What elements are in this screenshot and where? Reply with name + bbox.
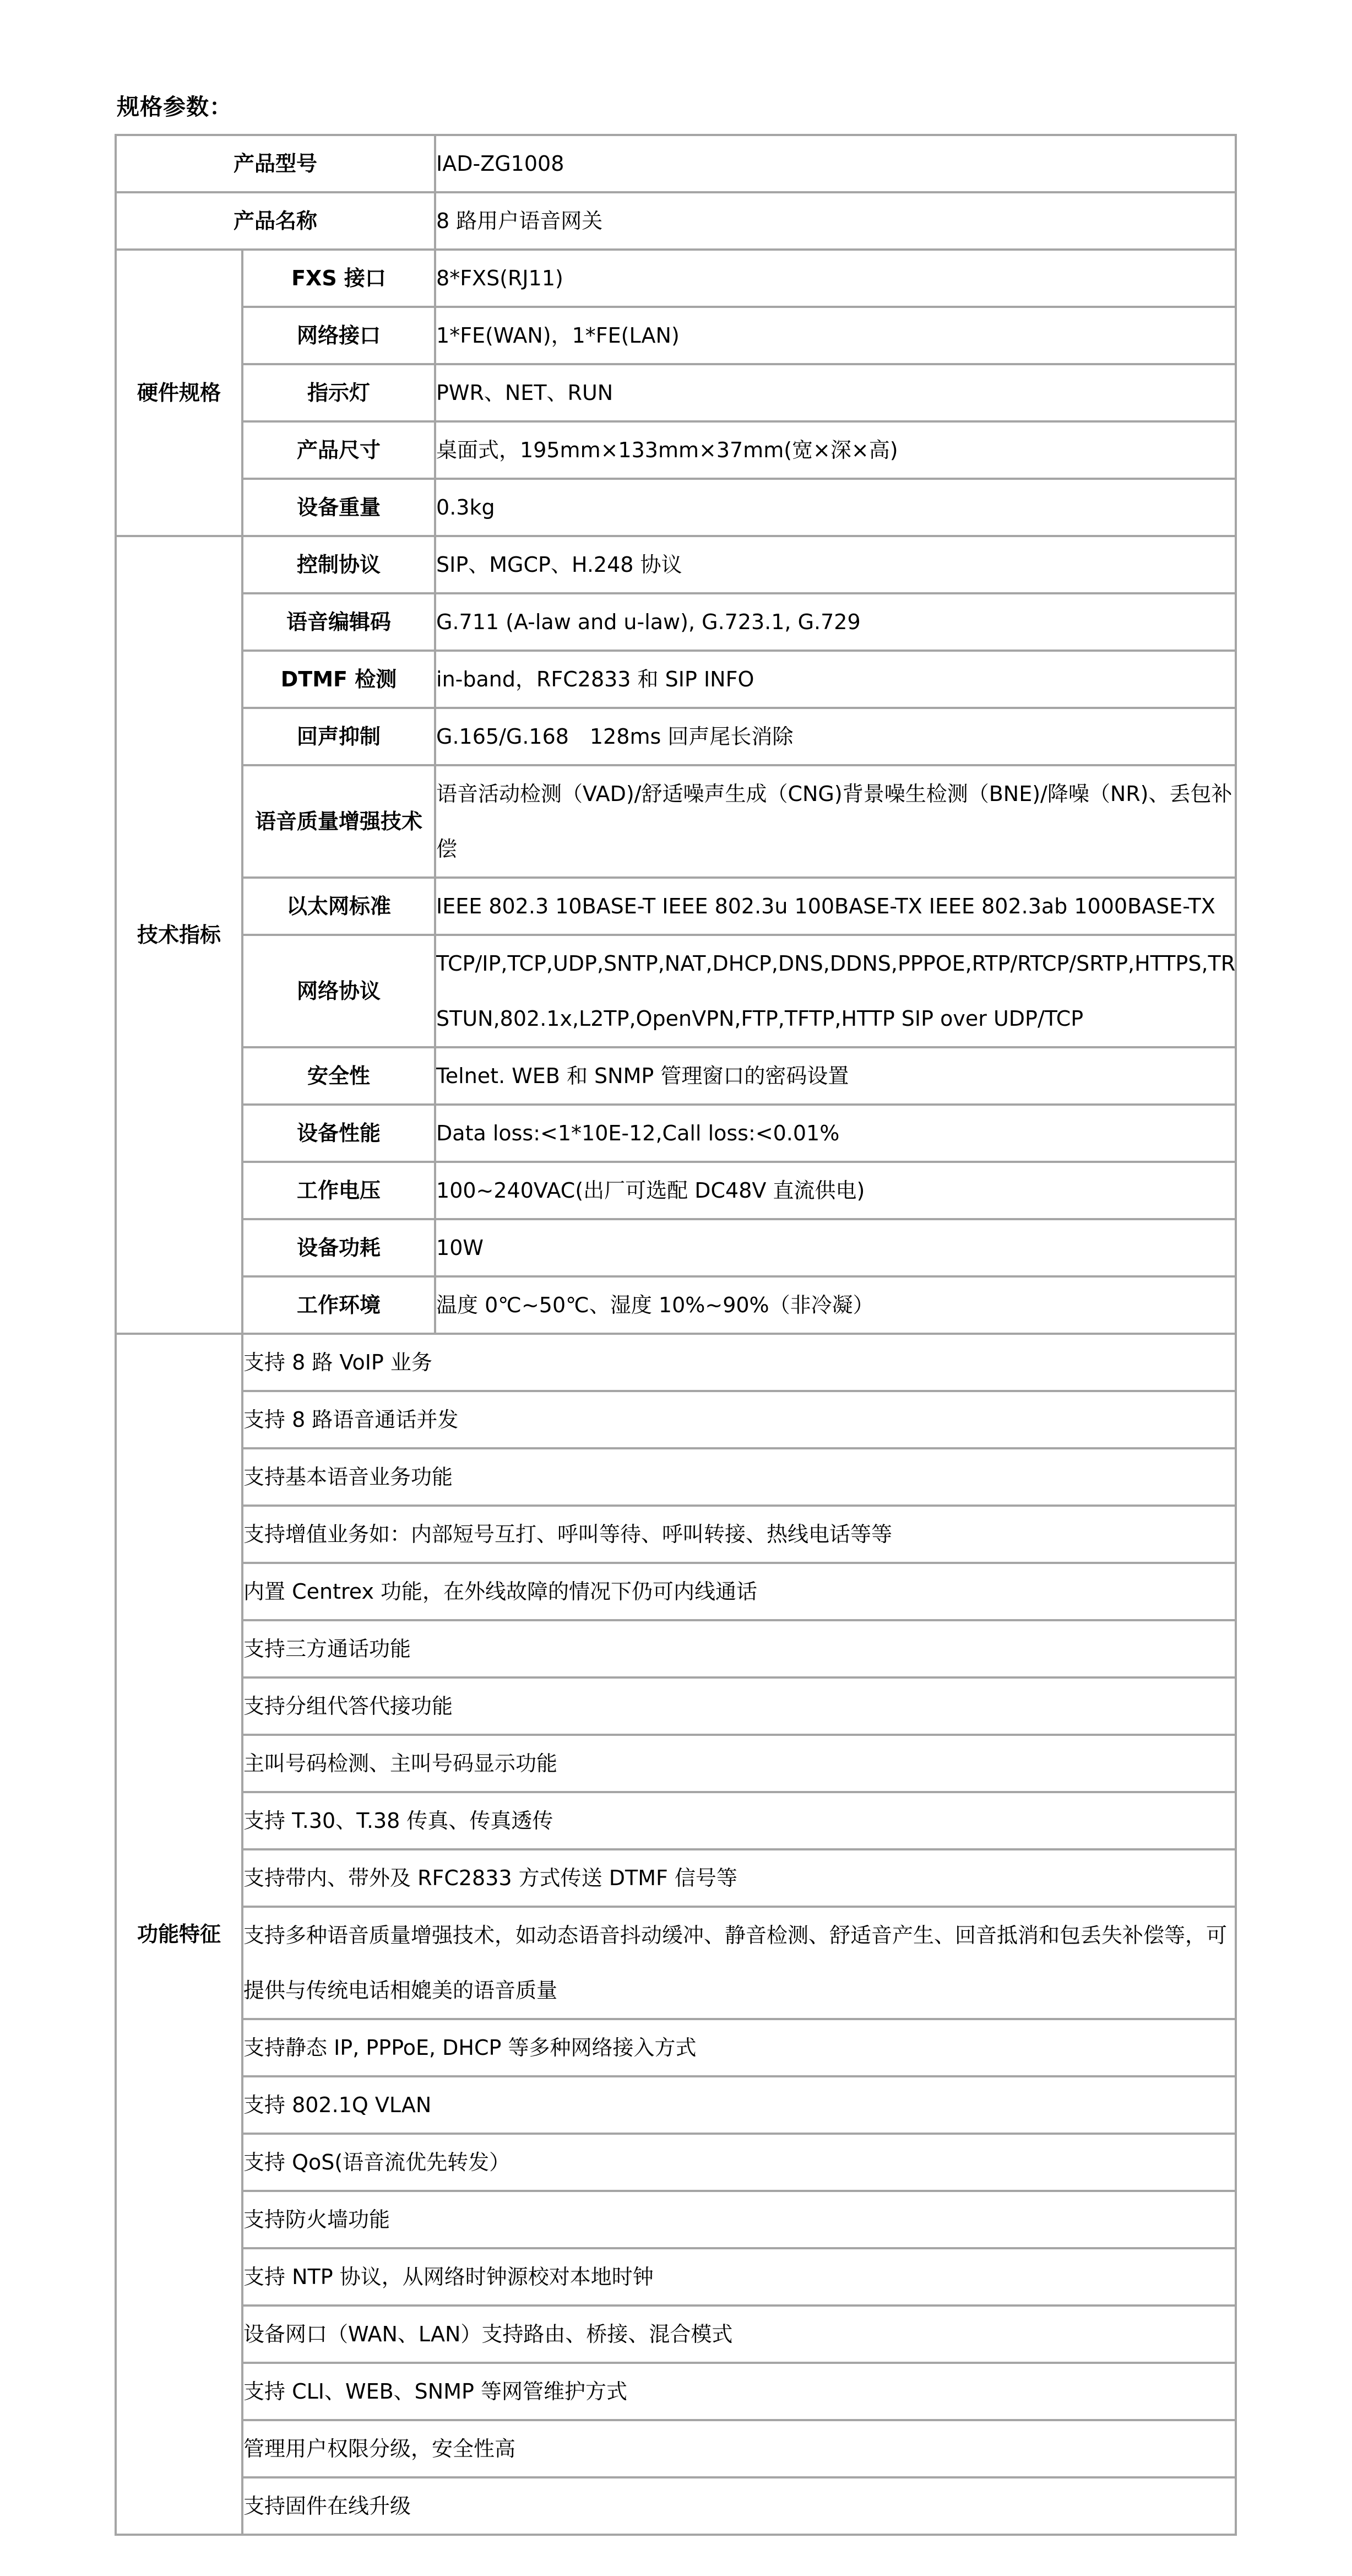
feature-item: 支持静态 IP, PPPoE, DHCP 等多种网络接入方式 <box>242 2019 1236 2076</box>
group-label-technical: 技术指标 <box>116 536 242 1334</box>
row-label: 语音质量增强技术 <box>242 765 435 878</box>
row-value: SIP、MGCP、H.248 协议 <box>435 536 1236 593</box>
feature-item: 管理用户权限分级，安全性高 <box>242 2420 1236 2477</box>
table-row: 工作环境 温度 0℃~50℃、湿度 10%~90%（非冷凝） <box>116 1276 1236 1334</box>
feature-item: 内置 Centrex 功能，在外线故障的情况下仍可内线通话 <box>242 1563 1236 1620</box>
spec-table: 产品型号 IAD-ZG1008 产品名称 8 路用户语音网关 硬件规格 FXS … <box>115 134 1237 2536</box>
row-label: DTMF 检测 <box>242 651 435 708</box>
row-value: 100~240VAC(出厂可选配 DC48V 直流供电) <box>435 1162 1236 1219</box>
feature-item: 支持基本语音业务功能 <box>242 1448 1236 1506</box>
row-value: 8 路用户语音网关 <box>435 192 1236 250</box>
feature-item: 支持带内、带外及 RFC2833 方式传送 DTMF 信号等 <box>242 1849 1236 1907</box>
feature-item: 支持 T.30、T.38 传真、传真透传 <box>242 1792 1236 1849</box>
row-label: 网络接口 <box>242 307 435 364</box>
row-value: 8*FXS(RJ11) <box>435 250 1236 307</box>
row-value: TCP/IP,TCP,UDP,SNTP,NAT,DHCP,DNS,DDNS,PP… <box>435 935 1236 1047</box>
table-row: 工作电压 100~240VAC(出厂可选配 DC48V 直流供电) <box>116 1162 1236 1219</box>
row-label: 设备重量 <box>242 479 435 536</box>
row-label: 回声抑制 <box>242 708 435 765</box>
table-row: 硬件规格 FXS 接口 8*FXS(RJ11) <box>116 250 1236 307</box>
table-row: 产品尺寸 桌面式，195mm×133mm×37mm(宽×深×高) <box>116 421 1236 479</box>
row-label: 以太网标准 <box>242 878 435 935</box>
feature-item: 支持 802.1Q VLAN <box>242 2076 1236 2134</box>
row-label: 设备功耗 <box>242 1219 435 1276</box>
table-row: 支持 8 路语音通话并发 <box>116 1391 1236 1448</box>
row-value: Telnet. WEB 和 SNMP 管理窗口的密码设置 <box>435 1047 1236 1105</box>
feature-item: 支持分组代答代接功能 <box>242 1677 1236 1735</box>
row-label: 网络协议 <box>242 935 435 1047</box>
row-value: 语音活动检测（VAD)/舒适噪声生成（CNG)背景噪生检测（BNE)/降噪（NR… <box>435 765 1236 878</box>
row-label: 产品名称 <box>116 192 435 250</box>
section-title: 规格参数： <box>117 93 232 121</box>
table-row: 支持基本语音业务功能 <box>116 1448 1236 1506</box>
feature-item: 支持 CLI、WEB、SNMP 等网管维护方式 <box>242 2363 1236 2420</box>
table-row: 支持增值业务如：内部短号互打、呼叫等待、呼叫转接、热线电话等等 <box>116 1506 1236 1563</box>
row-label: 设备性能 <box>242 1105 435 1162</box>
row-label: 工作环境 <box>242 1276 435 1334</box>
table-row: 指示灯 PWR、NET、RUN <box>116 364 1236 421</box>
table-row: 语音编辑码 G.711 (A-law and u-law), G.723.1, … <box>116 593 1236 651</box>
row-value: 10W <box>435 1219 1236 1276</box>
feature-item: 支持 NTP 协议，从网络时钟源校对本地时钟 <box>242 2248 1236 2306</box>
feature-item: 支持防火墙功能 <box>242 2191 1236 2248</box>
table-row: 支持分组代答代接功能 <box>116 1677 1236 1735</box>
table-row: 支持 802.1Q VLAN <box>116 2076 1236 2134</box>
table-row-model: 产品型号 IAD-ZG1008 <box>116 135 1236 192</box>
table-row: 网络接口 1*FE(WAN)，1*FE(LAN) <box>116 307 1236 364</box>
feature-item: 支持 8 路 VoIP 业务 <box>242 1334 1236 1391</box>
row-label: 工作电压 <box>242 1162 435 1219</box>
feature-item: 设备网口（WAN、LAN）支持路由、桥接、混合模式 <box>242 2306 1236 2363</box>
table-row: 支持静态 IP, PPPoE, DHCP 等多种网络接入方式 <box>116 2019 1236 2076</box>
table-row: 支持带内、带外及 RFC2833 方式传送 DTMF 信号等 <box>116 1849 1236 1907</box>
table-row: 支持三方通话功能 <box>116 1620 1236 1677</box>
table-row: 设备重量 0.3kg <box>116 479 1236 536</box>
row-label: 语音编辑码 <box>242 593 435 651</box>
feature-item: 支持三方通话功能 <box>242 1620 1236 1677</box>
table-row: 设备网口（WAN、LAN）支持路由、桥接、混合模式 <box>116 2306 1236 2363</box>
feature-item: 支持 8 路语音通话并发 <box>242 1391 1236 1448</box>
table-row: 主叫号码检测、主叫号码显示功能 <box>116 1735 1236 1792</box>
row-label: 安全性 <box>242 1047 435 1105</box>
table-row-product-name: 产品名称 8 路用户语音网关 <box>116 192 1236 250</box>
row-value: 0.3kg <box>435 479 1236 536</box>
group-label-hardware: 硬件规格 <box>116 250 242 536</box>
table-row: 技术指标 控制协议 SIP、MGCP、H.248 协议 <box>116 536 1236 593</box>
table-row: 支持多种语音质量增强技术，如动态语音抖动缓冲、静音检测、舒适音产生、回音抵消和包… <box>116 1907 1236 2019</box>
table-row: 功能特征 支持 8 路 VoIP 业务 <box>116 1334 1236 1391</box>
row-value: G.711 (A-law and u-law), G.723.1, G.729 <box>435 593 1236 651</box>
table-row: 设备功耗 10W <box>116 1219 1236 1276</box>
table-row: 语音质量增强技术 语音活动检测（VAD)/舒适噪声生成（CNG)背景噪生检测（B… <box>116 765 1236 878</box>
table-row: 回声抑制 G.165/G.168 128ms 回声尾长消除 <box>116 708 1236 765</box>
feature-item: 支持 QoS(语音流优先转发） <box>242 2134 1236 2191</box>
feature-item: 主叫号码检测、主叫号码显示功能 <box>242 1735 1236 1792</box>
table-row: 支持 CLI、WEB、SNMP 等网管维护方式 <box>116 2363 1236 2420</box>
table-row: 设备性能 Data loss:<1*10E-12,Call loss:<0.01… <box>116 1105 1236 1162</box>
table-row: 支持防火墙功能 <box>116 2191 1236 2248</box>
table-row: 支持固件在线升级 <box>116 2477 1236 2535</box>
table-row: 支持 QoS(语音流优先转发） <box>116 2134 1236 2191</box>
table-row: 管理用户权限分级，安全性高 <box>116 2420 1236 2477</box>
table-row: 内置 Centrex 功能，在外线故障的情况下仍可内线通话 <box>116 1563 1236 1620</box>
row-label: 指示灯 <box>242 364 435 421</box>
group-label-features: 功能特征 <box>116 1334 242 2535</box>
row-value: PWR、NET、RUN <box>435 364 1236 421</box>
row-label: 控制协议 <box>242 536 435 593</box>
row-label: 产品尺寸 <box>242 421 435 479</box>
table-row: 支持 NTP 协议，从网络时钟源校对本地时钟 <box>116 2248 1236 2306</box>
table-row: 支持 T.30、T.38 传真、传真透传 <box>116 1792 1236 1849</box>
feature-item: 支持增值业务如：内部短号互打、呼叫等待、呼叫转接、热线电话等等 <box>242 1506 1236 1563</box>
table-row: DTMF 检测 in-band，RFC2833 和 SIP INFO <box>116 651 1236 708</box>
table-row: 网络协议 TCP/IP,TCP,UDP,SNTP,NAT,DHCP,DNS,DD… <box>116 935 1236 1047</box>
row-value: 桌面式，195mm×133mm×37mm(宽×深×高) <box>435 421 1236 479</box>
table-row: 以太网标准 IEEE 802.3 10BASE-T IEEE 802.3u 10… <box>116 878 1236 935</box>
row-value: Data loss:<1*10E-12,Call loss:<0.01% <box>435 1105 1236 1162</box>
feature-item: 支持固件在线升级 <box>242 2477 1236 2535</box>
row-value: IAD-ZG1008 <box>435 135 1236 192</box>
row-label: 产品型号 <box>116 135 435 192</box>
feature-item: 支持多种语音质量增强技术，如动态语音抖动缓冲、静音检测、舒适音产生、回音抵消和包… <box>242 1907 1236 2019</box>
row-value: 温度 0℃~50℃、湿度 10%~90%（非冷凝） <box>435 1276 1236 1334</box>
row-label: FXS 接口 <box>242 250 435 307</box>
table-row: 安全性 Telnet. WEB 和 SNMP 管理窗口的密码设置 <box>116 1047 1236 1105</box>
row-value: G.165/G.168 128ms 回声尾长消除 <box>435 708 1236 765</box>
row-value: 1*FE(WAN)，1*FE(LAN) <box>435 307 1236 364</box>
row-value: in-band，RFC2833 和 SIP INFO <box>435 651 1236 708</box>
row-value: IEEE 802.3 10BASE-T IEEE 802.3u 100BASE-… <box>435 878 1236 935</box>
